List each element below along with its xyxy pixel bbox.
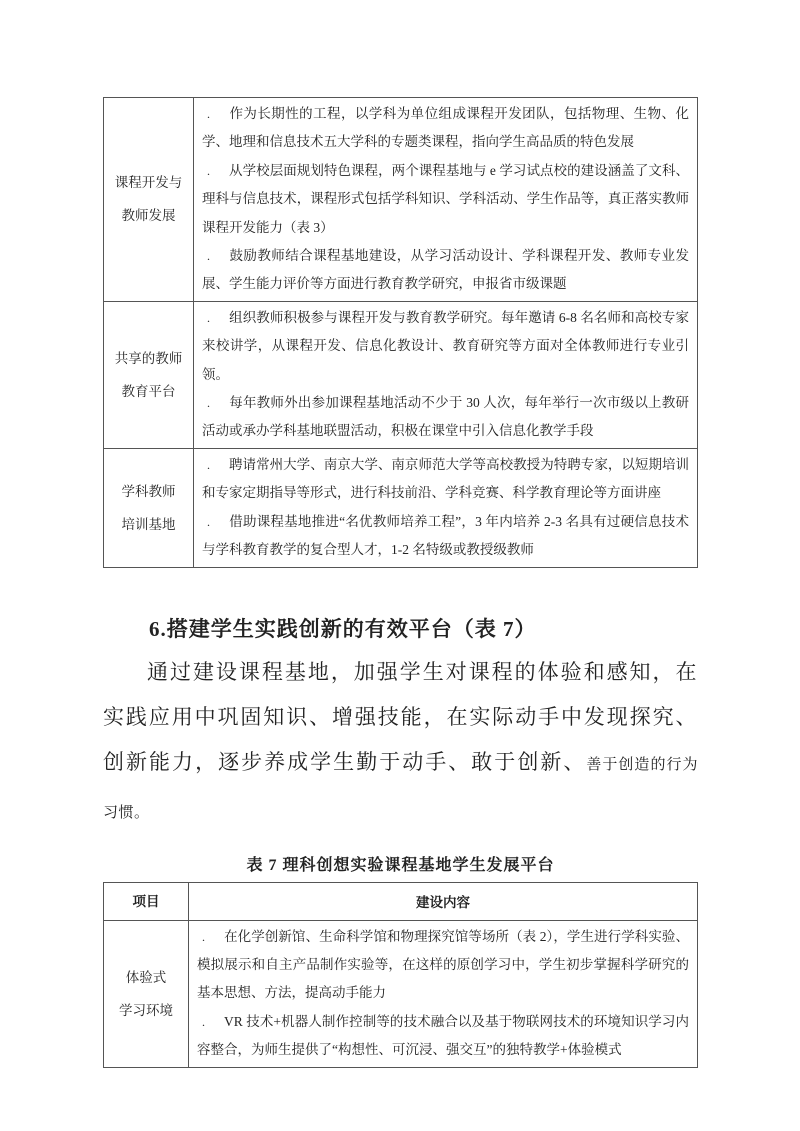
row-label-line: 教育平台 — [106, 375, 191, 408]
table7-caption: 表 7 理科创想实验课程基地学生发展平台 — [103, 852, 698, 875]
page-content: 课程开发与 教师发展 .作为长期性的工程，以学科为单位组成课程开发团队，包括物理… — [103, 0, 698, 1068]
row-label-course-development: 课程开发与 教师发展 — [104, 98, 194, 302]
item-text: 每年教师外出参加课程基地活动不少于 30 人次，每年举行一次市级以上教研活动或承… — [202, 395, 689, 438]
table-row: 体验式 学习环境 .在化学创新馆、生命科学馆和物理探究馆等场所（表 2），学生进… — [104, 920, 698, 1067]
item-text: 鼓励教师结合课程基地建设，从学习活动设计、学科课程开发、教师专业发展、学生能力评… — [202, 248, 689, 291]
row-content: .组织教师积极参与课程开发与教育教学研究。每年邀请 6-8 名名师和高校专家来校… — [194, 301, 698, 448]
bullet-glyph: . — [207, 389, 229, 417]
item-text: 聘请常州大学、南京大学、南京师范大学等高校教授为特聘专家，以短期培训和专家定期指… — [202, 457, 689, 500]
row-label-line: 课程开发与 — [106, 166, 191, 199]
document-page: 课程开发与 教师发展 .作为长期性的工程，以学科为单位组成课程开发团队，包括物理… — [0, 0, 800, 1131]
bullet-item: .VR 技术+机器人制作控制等的技术融合以及基于物联网技术的环境知识学习内容整合… — [197, 1008, 689, 1065]
row-label-line: 学科教师 — [106, 475, 191, 508]
item-text: 借助课程基地推进“名优教师培养工程”，3 年内培养 2-3 名具有过硬信息技术与… — [202, 514, 689, 557]
bullet-item: .作为长期性的工程，以学科为单位组成课程开发团队，包括物理、生物、化学、地理和信… — [202, 100, 689, 157]
bullet-glyph: . — [207, 242, 229, 270]
bullet-glyph: . — [207, 157, 229, 185]
bullet-item: .聘请常州大学、南京大学、南京师范大学等高校教授为特聘专家，以短期培训和专家定期… — [202, 451, 689, 508]
bullet-glyph: . — [202, 1008, 224, 1036]
student-platform-table: 项目 建设内容 体验式 学习环境 .在化学创新馆、生命科学馆和物理探究馆等场所（… — [103, 882, 698, 1068]
row-content: .在化学创新馆、生命科学馆和物理探究馆等场所（表 2），学生进行学科实验、模拟展… — [189, 920, 698, 1067]
item-text: 作为长期性的工程，以学科为单位组成课程开发团队，包括物理、生物、化学、地理和信息… — [202, 106, 689, 149]
header-cell-construction-content: 建设内容 — [189, 882, 698, 920]
row-label-line: 教师发展 — [106, 199, 191, 232]
bullet-item: .组织教师积极参与课程开发与教育教学研究。每年邀请 6-8 名名师和高校专家来校… — [202, 304, 689, 389]
bullet-glyph: . — [207, 304, 229, 332]
bullet-item: .在化学创新馆、生命科学馆和物理探究馆等场所（表 2），学生进行学科实验、模拟展… — [197, 923, 689, 1008]
row-content: .聘请常州大学、南京大学、南京师范大学等高校教授为特聘专家，以短期培训和专家定期… — [194, 448, 698, 567]
bullet-glyph: . — [207, 451, 229, 479]
item-text: 在化学创新馆、生命科学馆和物理探究馆等场所（表 2），学生进行学科实验、模拟展示… — [197, 929, 689, 1001]
bullet-glyph: . — [207, 100, 229, 128]
table-row: 学科教师 培训基地 .聘请常州大学、南京大学、南京师范大学等高校教授为特聘专家，… — [104, 448, 698, 567]
row-content: .作为长期性的工程，以学科为单位组成课程开发团队，包括物理、生物、化学、地理和信… — [194, 98, 698, 302]
header-cell-project: 项目 — [104, 882, 189, 920]
bullet-glyph: . — [207, 508, 229, 536]
bullet-item: .鼓励教师结合课程基地建设，从学习活动设计、学科课程开发、教师专业发展、学生能力… — [202, 242, 689, 299]
table-row: 课程开发与 教师发展 .作为长期性的工程，以学科为单位组成课程开发团队，包括物理… — [104, 98, 698, 302]
row-label-line: 学习环境 — [106, 994, 186, 1027]
row-label-experiential-environment: 体验式 学习环境 — [104, 920, 189, 1067]
table-header-row: 项目 建设内容 — [104, 882, 698, 920]
teacher-development-table: 课程开发与 教师发展 .作为长期性的工程，以学科为单位组成课程开发团队，包括物理… — [103, 97, 698, 568]
item-text: VR 技术+机器人制作控制等的技术融合以及基于物联网技术的环境知识学习内容整合，… — [197, 1014, 689, 1057]
row-label-line: 体验式 — [106, 961, 186, 994]
table-row: 共享的教师 教育平台 .组织教师积极参与课程开发与教育教学研究。每年邀请 6-8… — [104, 301, 698, 448]
bullet-glyph: . — [202, 923, 224, 951]
row-label-training-base: 学科教师 培训基地 — [104, 448, 194, 567]
row-label-shared-platform: 共享的教师 教育平台 — [104, 301, 194, 448]
row-label-line: 共享的教师 — [106, 342, 191, 375]
bullet-item: .每年教师外出参加课程基地活动不少于 30 人次，每年举行一次市级以上教研活动或… — [202, 389, 689, 446]
bullet-item: .从学校层面规划特色课程，两个课程基地与 e 学习试点校的建设涵盖了文科、理科与… — [202, 157, 689, 242]
section-heading: 6.搭建学生实践创新的有效平台（表 7） — [103, 614, 698, 644]
bullet-item: .借助课程基地推进“名优教师培养工程”，3 年内培养 2-3 名具有过硬信息技术… — [202, 508, 689, 565]
section-paragraph: 通过建设课程基地，加强学生对课程的体验和感知，在实践应用中巩固知识、增强技能，在… — [103, 650, 698, 836]
item-text: 组织教师积极参与课程开发与教育教学研究。每年邀请 6-8 名名师和高校专家来校讲… — [202, 310, 689, 382]
row-label-line: 培训基地 — [106, 508, 191, 541]
item-text: 从学校层面规划特色课程，两个课程基地与 e 学习试点校的建设涵盖了文科、理科与信… — [202, 163, 689, 235]
